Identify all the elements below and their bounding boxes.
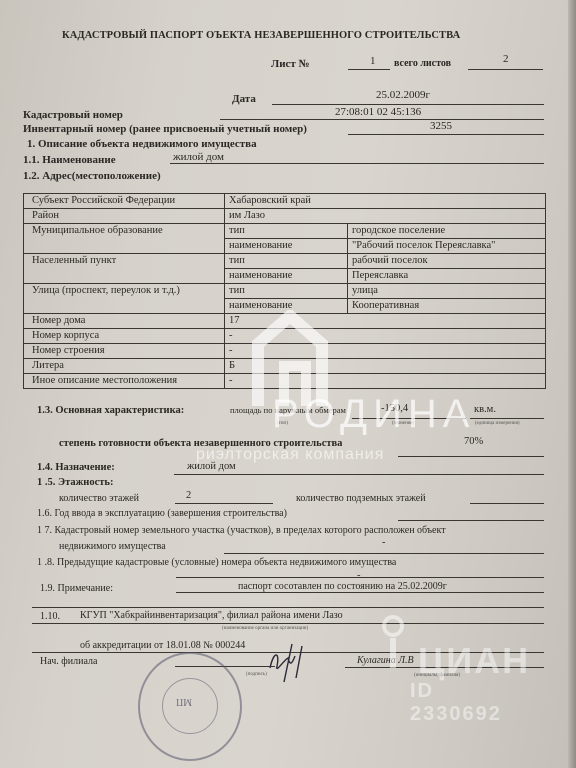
date-value: 25.02.2009г bbox=[376, 89, 430, 101]
settlement-label: Населенный пункт bbox=[24, 254, 225, 284]
official-stamp: МП bbox=[138, 652, 242, 761]
name-value: жилой дом bbox=[173, 151, 224, 163]
brand-sub-watermark: риэлторская компания bbox=[196, 446, 384, 464]
cian-brand: ЦИАН bbox=[418, 640, 530, 682]
signature-scribble-icon bbox=[262, 638, 312, 688]
cadastral-label: Кадастровый номер bbox=[23, 109, 123, 121]
floors-count-value: 2 bbox=[186, 490, 191, 501]
table-row: Субъект Российской Федерации Хабаровский… bbox=[24, 194, 546, 209]
inventory-number: 3255 bbox=[430, 120, 452, 132]
note-label: 1.9. Примечание: bbox=[40, 583, 113, 594]
street-name-value: Кооперативная bbox=[348, 299, 546, 314]
section1-heading: 1. Описание объекта недвижимого имуществ… bbox=[27, 138, 257, 150]
organization-number: 1.10. bbox=[40, 611, 60, 622]
unit-caption: (единица измерения) bbox=[475, 421, 520, 426]
inventory-label: Инвентарный номер (ранее присвоеный учет… bbox=[23, 123, 307, 135]
page-edge bbox=[568, 0, 576, 768]
other-label: Иное описание местоположения bbox=[24, 374, 225, 389]
municipal-type-value: городское поселение bbox=[348, 224, 546, 239]
location-pin-icon bbox=[380, 614, 406, 674]
municipal-name-value: "Рабочий поселок Переяславка" bbox=[348, 239, 546, 254]
name-label: 1.1. Наименование bbox=[23, 154, 116, 166]
municipal-type-label: тип bbox=[225, 224, 348, 239]
table-row: Район им Лазо bbox=[24, 209, 546, 224]
land-label: 1 7. Кадастровый номер земельного участк… bbox=[37, 525, 446, 536]
brand-watermark: РОДИНА bbox=[272, 392, 475, 437]
house-label: Номер дома bbox=[24, 314, 225, 329]
underground-label: количество подземных этажей bbox=[296, 493, 426, 504]
subject-label: Субъект Российской Федерации bbox=[24, 194, 225, 209]
settlement-name-label: наименование bbox=[225, 269, 348, 284]
document-page: КАДАСТРОВЫЙ ПАСПОРТ ОЪЕКТА НЕЗАВЕРШЕННОГ… bbox=[0, 0, 576, 768]
purpose-label: 1.4. Назначение: bbox=[37, 462, 115, 473]
district-value: им Лазо bbox=[225, 209, 546, 224]
table-row: Населенный пункт тип рабочий поселок bbox=[24, 254, 546, 269]
organization-name: КГУП "Хабкрайинвентаризация", филиал рай… bbox=[80, 610, 343, 621]
position-label: Нач. филиала bbox=[40, 656, 97, 667]
stamp-text: МП bbox=[176, 696, 192, 707]
floors-label: 1 .5. Этажность: bbox=[37, 477, 113, 488]
table-row: Муниципальное образование тип городское … bbox=[24, 224, 546, 239]
floors-count-label: количество этажей bbox=[59, 493, 139, 504]
land-label-line2: недвижимого имущества bbox=[59, 541, 166, 552]
street-label: Улица (проспект, переулок и т.д.) bbox=[24, 284, 225, 314]
commission-label: 1.6. Год ввода в эксплуатацию (завершени… bbox=[37, 508, 287, 519]
characteristics-unit: кв.м. bbox=[474, 404, 496, 415]
total-sheets: 2 bbox=[503, 53, 509, 65]
street-type-value: улица bbox=[348, 284, 546, 299]
sheet-label: Лист № bbox=[271, 58, 310, 70]
letter-label: Литера bbox=[24, 359, 225, 374]
characteristics-label: 1.3. Основная характеристика: bbox=[37, 405, 184, 416]
organization-caption: (наименование органа или организации) bbox=[222, 626, 308, 631]
document-title: КАДАСТРОВЫЙ ПАСПОРТ ОЪЕКТА НЕЗАВЕРШЕННОГ… bbox=[62, 30, 460, 41]
date-label: Дата bbox=[232, 93, 256, 105]
note-value: паспорт сосотавлен по состоянию на 25.02… bbox=[238, 581, 447, 592]
municipal-label: Муниципальное образование bbox=[24, 224, 225, 254]
readiness-value: 70% bbox=[464, 436, 483, 447]
sheet-number: 1 bbox=[370, 55, 376, 67]
table-row: Улица (проспект, переулок и т.д.) тип ул… bbox=[24, 284, 546, 299]
district-label: Район bbox=[24, 209, 225, 224]
settlement-type-label: тип bbox=[225, 254, 348, 269]
previous-value: - bbox=[357, 570, 361, 581]
address-label: 1.2. Адрес(местоположение) bbox=[23, 170, 161, 182]
listing-id: ID 2330692 bbox=[410, 680, 502, 726]
land-value: - bbox=[382, 537, 386, 548]
municipal-name-label: наименование bbox=[225, 239, 348, 254]
total-sheets-label: всего листов bbox=[394, 58, 451, 69]
subject-value: Хабаровский край bbox=[225, 194, 546, 209]
cadastral-number: 27:08:01 02 45:136 bbox=[335, 106, 421, 118]
previous-label: 1 .8. Предыдущие кадастровые (условные) … bbox=[37, 557, 396, 568]
structure-label: Номер строения bbox=[24, 344, 225, 359]
settlement-name-value: Переяславка bbox=[348, 269, 546, 284]
street-type-label: тип bbox=[225, 284, 348, 299]
building-label: Номер корпуса bbox=[24, 329, 225, 344]
accreditation: об аккредитации от 18.01.08 № 000244 bbox=[80, 640, 245, 651]
settlement-type-value: рабочий поселок bbox=[348, 254, 546, 269]
